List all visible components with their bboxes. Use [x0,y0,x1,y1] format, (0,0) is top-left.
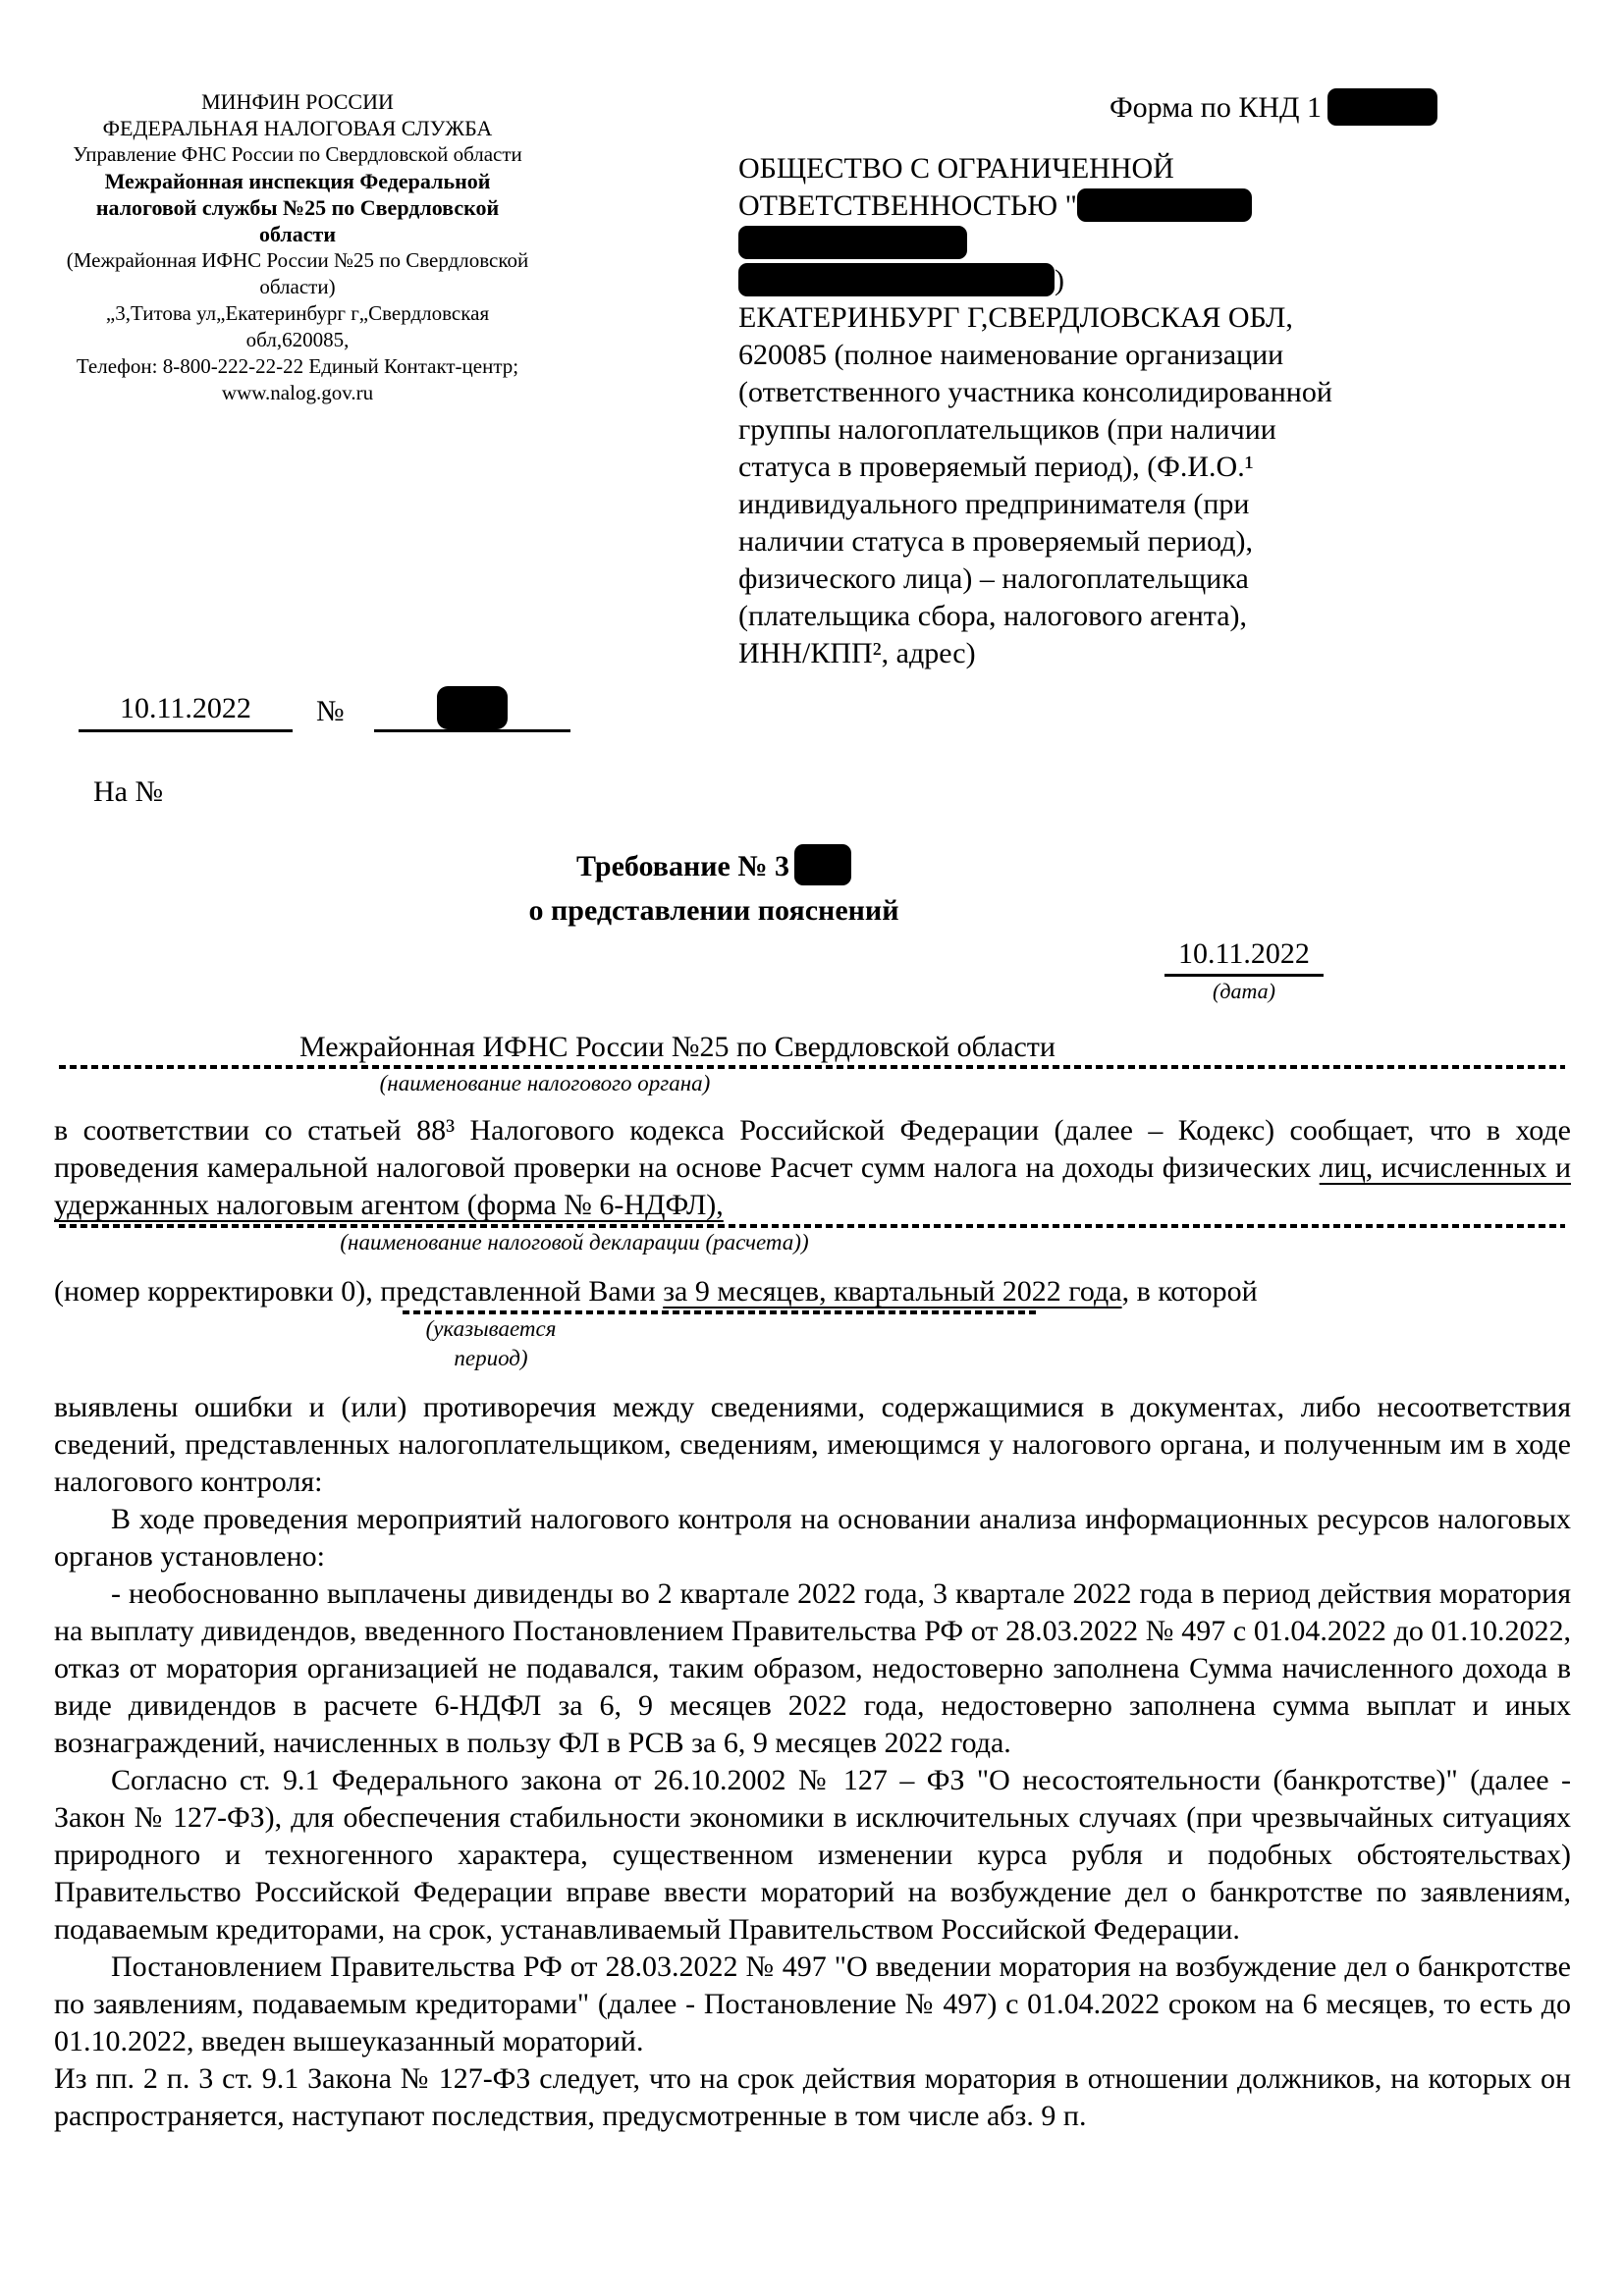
recipient-caption-line: индивидуального предпринимателя (при [738,486,1437,523]
declaration-caption: (наименование налоговой декларации (расч… [54,1228,1095,1257]
recipient-caption-line: группы налогоплательщиков (при наличии [738,411,1437,449]
body-paragraph: Из пп. 2 п. 3 ст. 9.1 Закона № 127-ФЗ сл… [54,2060,1571,2135]
recipient-caption-line: статуса в проверяемый период), (Ф.И.О.¹ [738,449,1437,486]
tax-authority-name: Межрайонная ИФНС России №25 по Свердловс… [49,1030,1306,1065]
outgoing-number-row: 10.11.2022 № [79,686,1624,732]
period-caption: (указывается период) [393,1314,589,1373]
outgoing-date-field: 10.11.2022 [79,691,293,732]
outgoing-number-field [374,686,570,732]
redaction-box [1327,88,1437,126]
body-paragraph: Согласно ст. 9.1 Федерального закона от … [54,1762,1571,1949]
sender-block: МИНФИН РОССИИ ФЕДЕРАЛЬНАЯ НАЛОГОВАЯ СЛУЖ… [57,88,538,406]
sender-service: ФЕДЕРАЛЬНАЯ НАЛОГОВАЯ СЛУЖБА [57,115,538,141]
redaction-box [738,226,967,259]
document-title-line2: о представлении пояснений [51,888,1377,933]
recipient-caption-line: ИНН/КПП², адрес) [738,635,1437,672]
outgoing-date: 10.11.2022 [120,692,251,724]
recipient-caption-line: (ответственного участника консолидирован… [738,374,1437,411]
period-underlined: за 9 месяцев, квартальный 2022 года [663,1275,1121,1308]
recipient-org-line: ОТВЕТСТВЕННОСТЬЮ " [738,187,1437,225]
tax-authority-caption: (наименование налогового органа) [54,1069,1036,1098]
recipient-caption-line: 620085 (полное наименование организации [738,337,1437,374]
recipient-caption: ЕКАТЕРИНБУРГ Г,СВЕРДЛОВСКАЯ ОБЛ, 620085 … [738,299,1437,672]
recipient-caption-line: физического лица) – налогоплательщика [738,561,1437,598]
sender-inspection-name: Межрайонная инспекция Федеральной налого… [57,168,538,247]
redaction-box [794,844,851,885]
sender-inspection-short: (Межрайонная ИФНС России №25 по Свердлов… [57,247,538,300]
recipient-caption-line: (плательщика сбора, налогового агента), [738,598,1437,635]
tax-authority-block: Межрайонная ИФНС России №25 по Свердловс… [0,1030,1624,1098]
redaction-box [437,686,508,729]
number-sign: № [316,694,345,729]
form-knd-label: Форма по КНД 1 [1110,91,1322,124]
document-header: МИНФИН РОССИИ ФЕДЕРАЛЬНАЯ НАЛОГОВАЯ СЛУЖ… [0,88,1624,672]
body-paragraph: Постановлением Правительства РФ от 28.03… [54,1949,1571,2060]
recipient-org-line [738,225,1437,262]
form-knd-line: Форма по КНД 1 [738,88,1437,127]
document-date-block: 10.11.2022 (дата) [1164,936,1324,1006]
document-title-line1: Требование № 3 [51,844,1377,888]
document-title: Требование № 3 о представлении пояснений [51,844,1377,933]
recipient-caption-line: наличии статуса в проверяемый период), [738,523,1437,561]
incoming-reference-label: На № [93,775,1624,809]
sender-ministry: МИНФИН РОССИИ [57,88,538,115]
sender-department: Управление ФНС России по Свердловской об… [57,141,538,168]
body-paragraph: выявлены ошибки и (или) противоречия меж… [54,1389,1571,1501]
document-date: 10.11.2022 [1164,936,1324,977]
recipient-block: Форма по КНД 1 ОБЩЕСТВО С ОГРАНИЧЕННОЙ О… [738,88,1437,672]
redaction-box [1077,188,1252,222]
recipient-org-line: ОБЩЕСТВО С ОГРАНИЧЕННОЙ [738,150,1437,187]
recipient-org-name: ОБЩЕСТВО С ОГРАНИЧЕННОЙ ОТВЕТСТВЕННОСТЬЮ… [738,150,1437,299]
declaration-paragraph: в соответствии со статьей 88³ Налогового… [54,1112,1571,1224]
sender-address: „3,Титова ул„Екатеринбург г„Свердловская… [57,300,538,353]
recipient-org-line: ) [738,262,1437,299]
scanned-tax-document: МИНФИН РОССИИ ФЕДЕРАЛЬНАЯ НАЛОГОВАЯ СЛУЖ… [0,0,1624,2296]
body-paragraph: В ходе проведения мероприятий налогового… [54,1501,1571,1575]
document-date-caption: (дата) [1164,977,1324,1006]
body-paragraph: - необоснованно выплачены дивиденды во 2… [54,1575,1571,1762]
sender-phone: Телефон: 8-800-222-22-22 Единый Контакт-… [57,353,538,380]
correction-line: (номер корректировки 0), представленной … [54,1273,1571,1310]
redaction-box [738,263,1055,296]
sender-website: www.nalog.gov.ru [57,380,538,406]
recipient-caption-line: ЕКАТЕРИНБУРГ Г,СВЕРДЛОВСКАЯ ОБЛ, [738,299,1437,337]
